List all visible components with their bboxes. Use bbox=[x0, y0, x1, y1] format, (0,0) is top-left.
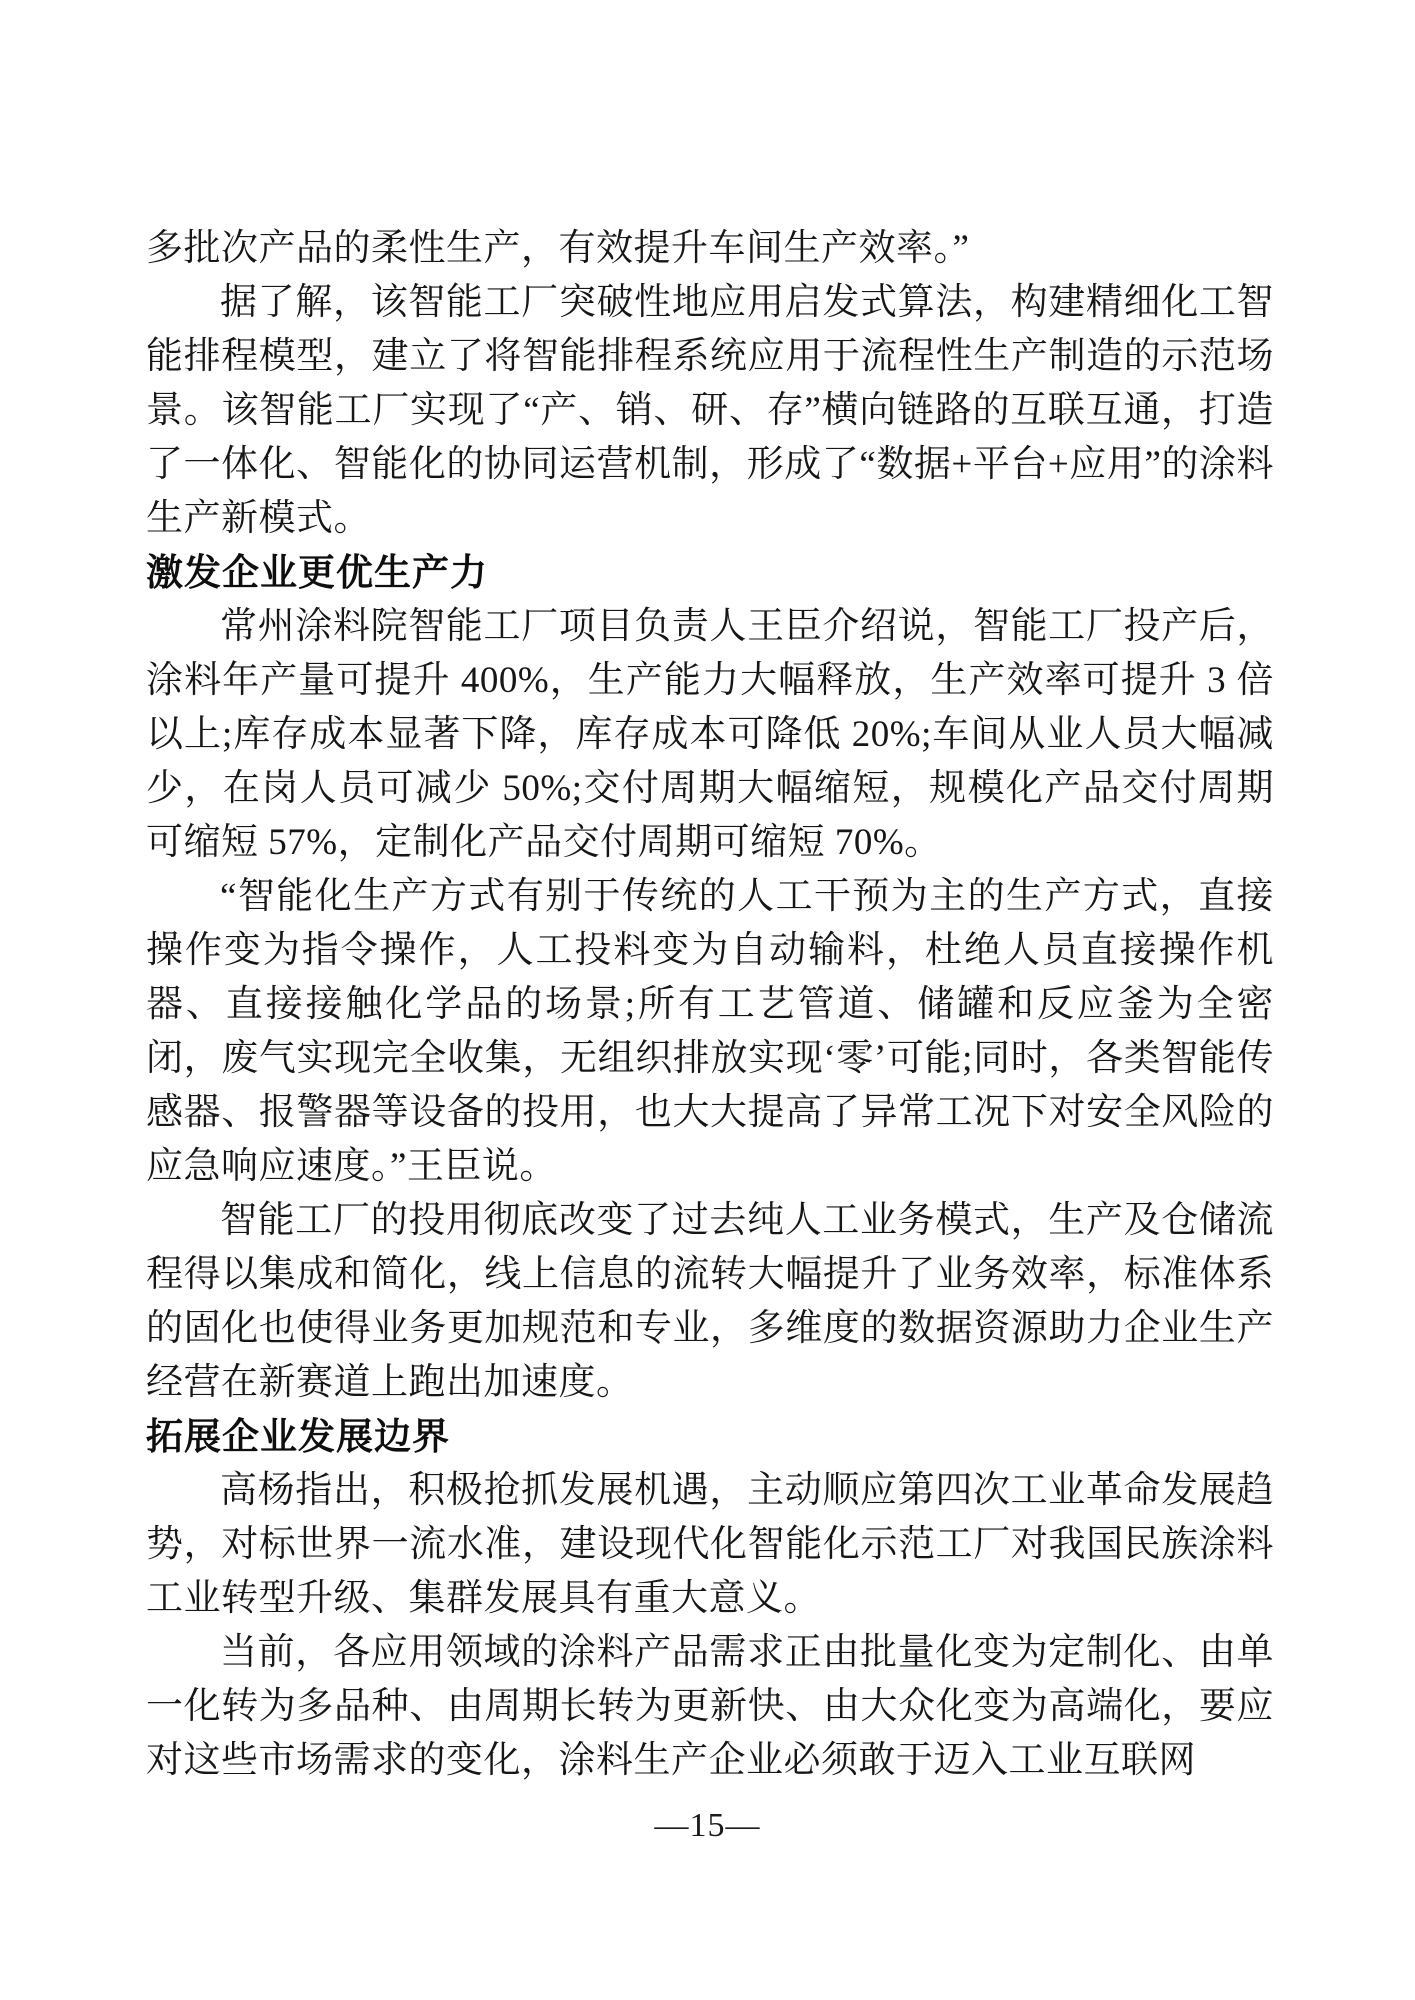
page-number: —15— bbox=[0, 1804, 1415, 1848]
paragraph: 常州涂料院智能工厂项目负责人王臣介绍说，智能工厂投产后，涂料年产量可提升 400… bbox=[146, 600, 1274, 870]
paragraph: 多批次产品的柔性生产，有效提升车间生产效率。” bbox=[146, 222, 1274, 276]
section-heading: 拓展企业发展边界 bbox=[146, 1410, 1274, 1464]
document-body: 多批次产品的柔性生产，有效提升车间生产效率。”据了解，该智能工厂突破性地应用启发… bbox=[146, 222, 1274, 1788]
paragraph: “智能化生产方式有别于传统的人工干预为主的生产方式，直接操作变为指令操作，人工投… bbox=[146, 870, 1274, 1194]
paragraph: 据了解，该智能工厂突破性地应用启发式算法，构建精细化工智能排程模型，建立了将智能… bbox=[146, 276, 1274, 546]
paragraph: 智能工厂的投用彻底改变了过去纯人工业务模式，生产及仓储流程得以集成和简化，线上信… bbox=[146, 1194, 1274, 1410]
document-page: 多批次产品的柔性生产，有效提升车间生产效率。”据了解，该智能工厂突破性地应用启发… bbox=[0, 0, 1415, 2000]
paragraph: 高杨指出，积极抢抓发展机遇，主动顺应第四次工业革命发展趋势，对标世界一流水准，建… bbox=[146, 1464, 1274, 1626]
paragraph: 当前，各应用领域的涂料产品需求正由批量化变为定制化、由单一化转为多品种、由周期长… bbox=[146, 1626, 1274, 1788]
section-heading: 激发企业更优生产力 bbox=[146, 546, 1274, 600]
